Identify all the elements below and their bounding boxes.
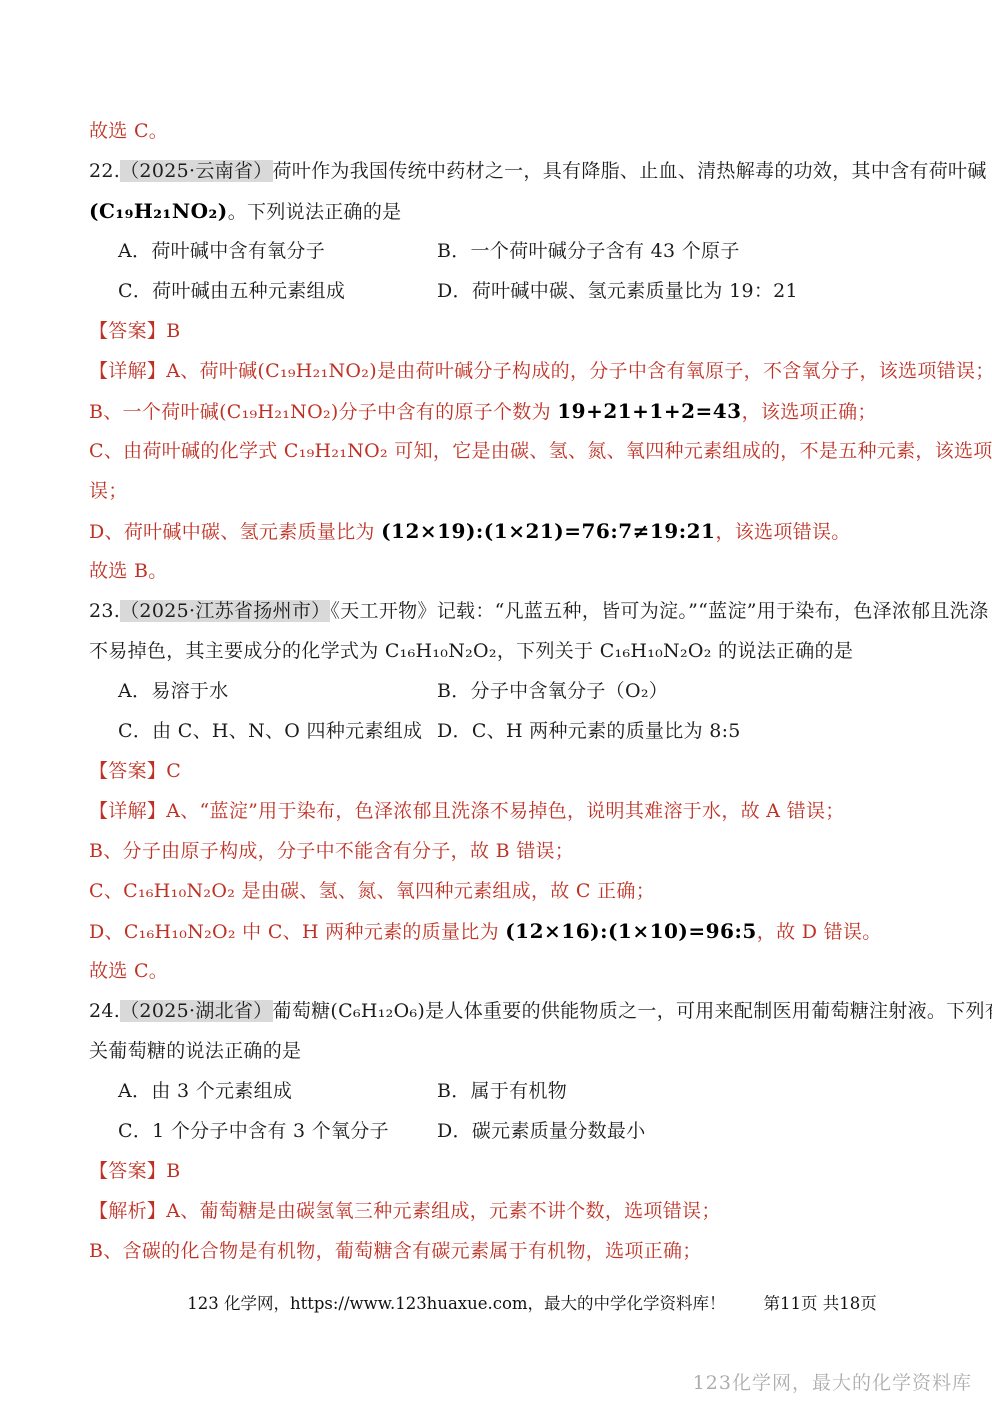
- option-cell: B．属于有机物: [437, 1078, 567, 1105]
- text-line: B、分子由原子构成，分子中不能含有分子，故 B 错误；: [89, 838, 915, 878]
- text-line: 故选 B。: [89, 558, 915, 598]
- text-segment: D．C、H 两种元素的质量比为 8:5: [437, 720, 741, 742]
- text-segment: 故选 B。: [89, 560, 168, 582]
- text-segment: A．易溶于水: [118, 680, 229, 702]
- text-segment: 荷叶作为我国传统中药材之一，具有降脂、止血、清热解毒的功效，其中含有荷叶碱: [273, 160, 987, 182]
- text-segment: C．荷叶碱由五种元素组成: [118, 280, 345, 302]
- text-segment: 关葡萄糖的说法正确的是: [89, 1040, 301, 1062]
- option-cell: B．一个荷叶碱分子含有 43 个原子: [437, 238, 740, 265]
- text-line: 【答案】C: [89, 758, 915, 798]
- text-line: 误；: [89, 478, 915, 518]
- text-line: D、C₁₆H₁₀N₂O₂ 中 C、H 两种元素的质量比为 (12×16):(1×…: [89, 918, 915, 958]
- text-line: 【答案】B: [89, 1158, 915, 1198]
- text-segment: B．分子中含氧分子（O₂）: [437, 680, 668, 702]
- text-line: 【解析】A、葡萄糖是由碳氢氧三种元素组成，元素不讲个数，选项错误；: [89, 1198, 915, 1238]
- option-cell: C．由 C、H、N、O 四种元素组成: [118, 718, 437, 745]
- text-segment: ，该选项错误。: [715, 521, 850, 543]
- text-segment: 【答案】C: [89, 760, 181, 782]
- text-segment: C．由 C、H、N、O 四种元素组成: [118, 720, 422, 742]
- text-segment: （2025·湖北省）: [120, 1000, 272, 1022]
- text-segment: 误；: [89, 480, 128, 502]
- text-segment: D、C₁₆H₁₀N₂O₂ 中 C、H 两种元素的质量比为: [89, 921, 505, 943]
- option-cell: C．1 个分子中含有 3 个氧分子: [118, 1118, 437, 1145]
- text-segment: 。下列说法正确的是: [228, 201, 402, 223]
- text-segment: 葡萄糖(C₆H₁₂O₆)是人体重要的供能物质之一，可用来配制医用葡萄糖注射液。下…: [273, 1000, 992, 1022]
- text-segment: (C₁₉H₂₁NO₂): [89, 199, 228, 223]
- text-line: C、C₁₆H₁₀N₂O₂ 是由碳、氢、氮、氧四种元素组成，故 C 正确；: [89, 878, 915, 918]
- text-line: 不易掉色，其主要成分的化学式为 C₁₆H₁₀N₂O₂，下列关于 C₁₆H₁₀N₂…: [89, 638, 915, 678]
- text-segment: B、分子由原子构成，分子中不能含有分子，故 B 错误；: [89, 840, 574, 862]
- option-cell: B．分子中含氧分子（O₂）: [437, 678, 668, 705]
- text-segment: 24.: [89, 1000, 120, 1022]
- option-cell: C．荷叶碱由五种元素组成: [118, 278, 437, 305]
- text-segment: 【答案】B: [89, 1160, 180, 1182]
- text-segment: 【详解】A、“蓝淀”用于染布，色泽浓郁且洗涤不易掉色，说明其难溶于水，故 A 错…: [89, 800, 845, 822]
- text-line: B、含碳的化合物是有机物，葡萄糖含有碳元素属于有机物，选项正确；: [89, 1238, 915, 1278]
- options-row: A．易溶于水B．分子中含氧分子（O₂）: [89, 678, 915, 718]
- text-line: 关葡萄糖的说法正确的是: [89, 1038, 915, 1078]
- options-row: C．由 C、H、N、O 四种元素组成D．C、H 两种元素的质量比为 8:5: [89, 718, 915, 758]
- page-footer: 123 化学网，https://www.123huaxue.com，最大的中学化…: [0, 1290, 992, 1314]
- text-line: 【详解】A、“蓝淀”用于染布，色泽浓郁且洗涤不易掉色，说明其难溶于水，故 A 错…: [89, 798, 915, 838]
- text-segment: (12×16):(1×10)=96:5: [505, 919, 757, 943]
- text-segment: D．荷叶碱中碳、氢元素质量比为 19：21: [437, 280, 798, 302]
- text-line: 【答案】B: [89, 318, 915, 358]
- text-line: 23.（2025·江苏省扬州市）《天工开物》记载：“凡蓝五种，皆可为淀。”“蓝淀…: [89, 598, 915, 638]
- text-segment: A．荷叶碱中含有氧分子: [118, 240, 325, 262]
- option-cell: D．荷叶碱中碳、氢元素质量比为 19：21: [437, 278, 798, 305]
- text-line: 【详解】A、荷叶碱(C₁₉H₂₁NO₂)是由荷叶碱分子构成的，分子中含有氧原子，…: [89, 358, 915, 398]
- document-page: 故选 C。22.（2025·云南省）荷叶作为我国传统中药材之一，具有降脂、止血、…: [0, 0, 992, 1403]
- text-line: 22.（2025·云南省）荷叶作为我国传统中药材之一，具有降脂、止血、清热解毒的…: [89, 158, 915, 198]
- options-row: A．荷叶碱中含有氧分子B．一个荷叶碱分子含有 43 个原子: [89, 238, 915, 278]
- text-segment: 19+21+1+2=43: [557, 399, 741, 423]
- text-segment: C、C₁₆H₁₀N₂O₂ 是由碳、氢、氮、氧四种元素组成，故 C 正确；: [89, 880, 655, 902]
- text-line: 故选 C。: [89, 958, 915, 998]
- text-segment: 22.: [89, 160, 120, 182]
- footer-page-number: 第11页 共18页: [764, 1294, 877, 1313]
- document-body: 故选 C。22.（2025·云南省）荷叶作为我国传统中药材之一，具有降脂、止血、…: [89, 118, 915, 1278]
- options-row: C．1 个分子中含有 3 个氧分子D．碳元素质量分数最小: [89, 1118, 915, 1158]
- options-row: A．由 3 个元素组成B．属于有机物: [89, 1078, 915, 1118]
- text-line: B、一个荷叶碱(C₁₉H₂₁NO₂)分子中含有的原子个数为 19+21+1+2=…: [89, 398, 915, 438]
- footer-site-info: 123 化学网，https://www.123huaxue.com，最大的中学化…: [187, 1294, 725, 1313]
- text-segment: A．由 3 个元素组成: [118, 1080, 292, 1102]
- text-segment: B．属于有机物: [437, 1080, 567, 1102]
- text-line: 故选 C。: [89, 118, 915, 158]
- text-segment: （2025·云南省）: [120, 160, 272, 182]
- text-segment: （2025·江苏省扬州市）: [120, 600, 330, 622]
- watermark: 123化学网，最大的化学资料库: [693, 1368, 972, 1395]
- text-segment: B、一个荷叶碱(C₁₉H₂₁NO₂)分子中含有的原子个数为: [89, 401, 557, 423]
- text-line: C、由荷叶碱的化学式 C₁₉H₂₁NO₂ 可知，它是由碳、氢、氮、氧四种元素组成…: [89, 438, 915, 478]
- option-cell: A．由 3 个元素组成: [118, 1078, 437, 1105]
- text-segment: 【解析】A、葡萄糖是由碳氢氧三种元素组成，元素不讲个数，选项错误；: [89, 1200, 721, 1222]
- text-segment: 【详解】A、荷叶碱(C₁₉H₂₁NO₂)是由荷叶碱分子构成的，分子中含有氧原子，…: [89, 360, 992, 382]
- text-segment: (12×19):(1×21)=76:7≠19:21: [381, 519, 715, 543]
- option-cell: A．易溶于水: [118, 678, 437, 705]
- text-segment: C、由荷叶碱的化学式 C₁₉H₂₁NO₂ 可知，它是由碳、氢、氮、氧四种元素组成…: [89, 440, 992, 462]
- text-segment: ，故 D 错误。: [757, 921, 882, 943]
- text-line: (C₁₉H₂₁NO₂)。下列说法正确的是: [89, 198, 915, 238]
- text-segment: 故选 C。: [89, 960, 168, 982]
- options-row: C．荷叶碱由五种元素组成D．荷叶碱中碳、氢元素质量比为 19：21: [89, 278, 915, 318]
- text-line: 24.（2025·湖北省）葡萄糖(C₆H₁₂O₆)是人体重要的供能物质之一，可用…: [89, 998, 915, 1038]
- option-cell: A．荷叶碱中含有氧分子: [118, 238, 437, 265]
- text-segment: 23.: [89, 600, 120, 622]
- text-segment: B．一个荷叶碱分子含有 43 个原子: [437, 240, 740, 262]
- option-cell: D．碳元素质量分数最小: [437, 1118, 646, 1145]
- text-segment: D、荷叶碱中碳、氢元素质量比为: [89, 521, 381, 543]
- option-cell: D．C、H 两种元素的质量比为 8:5: [437, 718, 741, 745]
- text-segment: 故选 C。: [89, 120, 168, 142]
- text-segment: C．1 个分子中含有 3 个氧分子: [118, 1120, 389, 1142]
- text-segment: 《天工开物》记载：“凡蓝五种，皆可为淀。”“蓝淀”用于染布，色泽浓郁且洗涤: [330, 600, 988, 622]
- text-segment: 不易掉色，其主要成分的化学式为 C₁₆H₁₀N₂O₂，下列关于 C₁₆H₁₀N₂…: [89, 640, 853, 662]
- text-segment: D．碳元素质量分数最小: [437, 1120, 646, 1142]
- text-segment: ，该选项正确；: [742, 401, 877, 423]
- text-segment: 【答案】B: [89, 320, 180, 342]
- text-line: D、荷叶碱中碳、氢元素质量比为 (12×19):(1×21)=76:7≠19:2…: [89, 518, 915, 558]
- text-segment: B、含碳的化合物是有机物，葡萄糖含有碳元素属于有机物，选项正确；: [89, 1240, 702, 1262]
